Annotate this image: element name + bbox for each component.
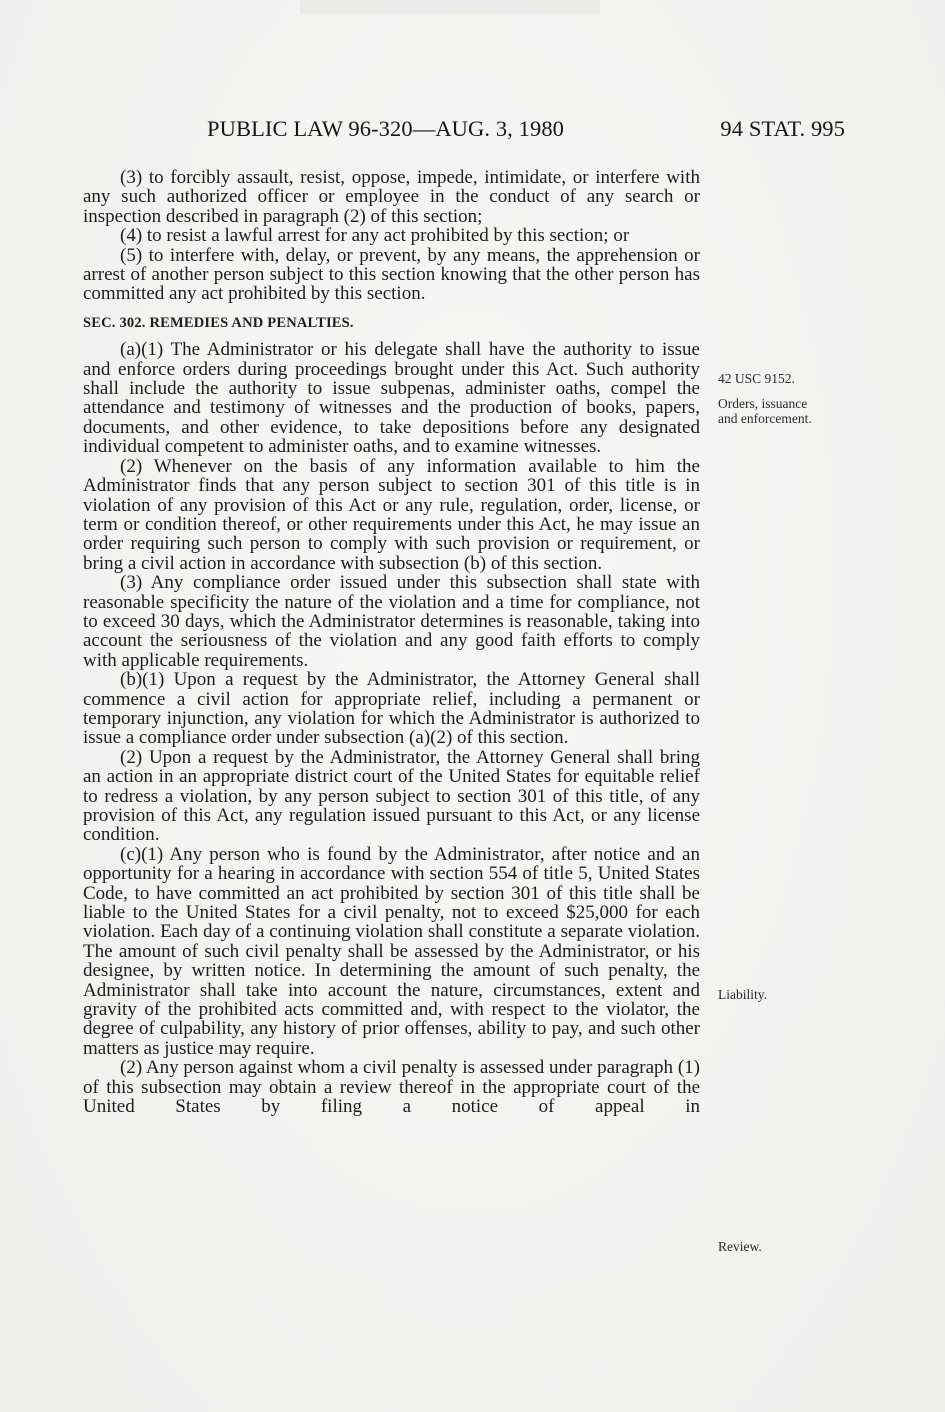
page-header: PUBLIC LAW 96-320—AUG. 3, 1980 94 STAT. … — [207, 116, 845, 142]
subsection-a3: (3) Any compliance order issued under th… — [83, 573, 700, 670]
document-page: PUBLIC LAW 96-320—AUG. 3, 1980 94 STAT. … — [0, 0, 945, 1412]
subsection-a1: (a)(1) The Administrator or his delegate… — [83, 340, 700, 456]
subsection-c1: (c)(1) Any person who is found by the Ad… — [83, 845, 700, 1058]
margin-note-review: Review. — [718, 1240, 848, 1255]
header-law-title: PUBLIC LAW 96-320—AUG. 3, 1980 — [207, 116, 564, 142]
margin-note-liability: Liability. — [718, 988, 848, 1003]
section-heading: SEC. 302. REMEDIES AND PENALTIES. — [83, 314, 700, 333]
paragraph-4: (4) to resist a lawful arrest for any ac… — [83, 226, 700, 245]
bleed-through-top — [300, 0, 600, 14]
paragraph-5: (5) to interfere with, delay, or prevent… — [83, 246, 700, 304]
header-stat-page: 94 STAT. 995 — [720, 116, 845, 142]
document-body: (3) to forcibly assault, resist, oppose,… — [83, 168, 700, 1117]
subsection-b1: (b)(1) Upon a request by the Administrat… — [83, 670, 700, 748]
subsection-b2: (2) Upon a request by the Administrator,… — [83, 748, 700, 845]
subsection-c2: (2) Any person against whom a civil pena… — [83, 1058, 700, 1116]
margin-note-orders: Orders, issuance and enforcement. — [718, 397, 830, 426]
margin-note-usc: 42 USC 9152. — [718, 372, 848, 387]
paragraph-3: (3) to forcibly assault, resist, oppose,… — [83, 168, 700, 226]
subsection-a2: (2) Whenever on the basis of any informa… — [83, 457, 700, 573]
